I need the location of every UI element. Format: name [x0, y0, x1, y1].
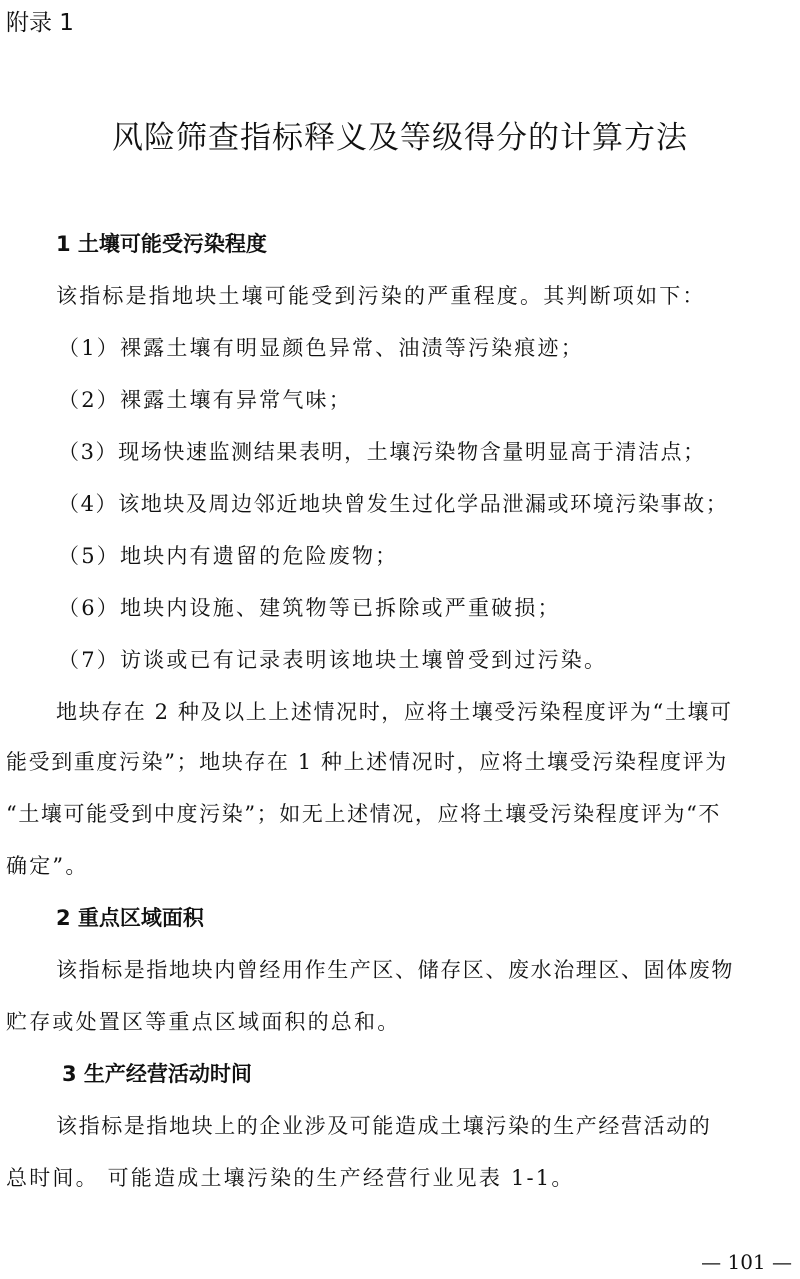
page-number: — 101 — [701, 1250, 792, 1274]
criterion-item-6: （6）地块内设施、建筑物等已拆除或严重破损； [58, 592, 561, 622]
section-2-body-line-2: 贮存或处置区等重点区域面积的总和。 [6, 1006, 400, 1036]
conclusion-line-2: 能受到重度污染”；地块存在 1 种上述情况时，应将土壤受污染程度评为 [6, 746, 728, 776]
section-3-body-line-2: 总时间。 可能造成土壤污染的生产经营行业见表 1-1。 [6, 1162, 575, 1192]
section-2-body-line-1: 该指标是指地块内曾经用作生产区、储存区、废水治理区、固体废物 [56, 954, 734, 984]
criterion-item-7: （7）访谈或已有记录表明该地块土壤曾受到过污染。 [58, 644, 607, 674]
criterion-item-2: （2）裸露土壤有异常气味； [58, 384, 352, 414]
conclusion-line-3: “土壤可能受到中度污染”；如无上述情况，应将土壤受污染程度评为“不 [6, 798, 721, 828]
page-title: 风险筛查指标释义及等级得分的计算方法 [0, 112, 800, 157]
criterion-item-4: （4）该地块及周边邻近地块曾发生过化学品泄漏或环境污染事故； [58, 488, 728, 518]
conclusion-line-4: 确定”。 [6, 850, 89, 880]
appendix-label: 附录 1 [6, 4, 74, 37]
criterion-item-1: （1）裸露土壤有明显颜色异常、油渍等污染痕迹； [58, 332, 584, 362]
criterion-item-3: （3）现场快速监测结果表明，土壤污染物含量明显高于清洁点； [58, 436, 706, 466]
section-1-intro: 该指标是指地块土壤可能受到污染的严重程度。其判断项如下： [56, 280, 706, 310]
section-3-heading: 3 生产经营活动时间 [62, 1058, 252, 1088]
section-2-heading: 2 重点区域面积 [56, 902, 204, 932]
section-1-heading: 1 土壤可能受污染程度 [56, 228, 267, 258]
conclusion-line-1: 地块存在 2 种及以上上述情况时，应将土壤受污染程度评为“土壤可 [56, 696, 733, 726]
criterion-item-5: （5）地块内有遗留的危险废物； [58, 540, 398, 570]
section-3-body-line-1: 该指标是指地块上的企业涉及可能造成土壤污染的生产经营活动的 [56, 1110, 711, 1140]
